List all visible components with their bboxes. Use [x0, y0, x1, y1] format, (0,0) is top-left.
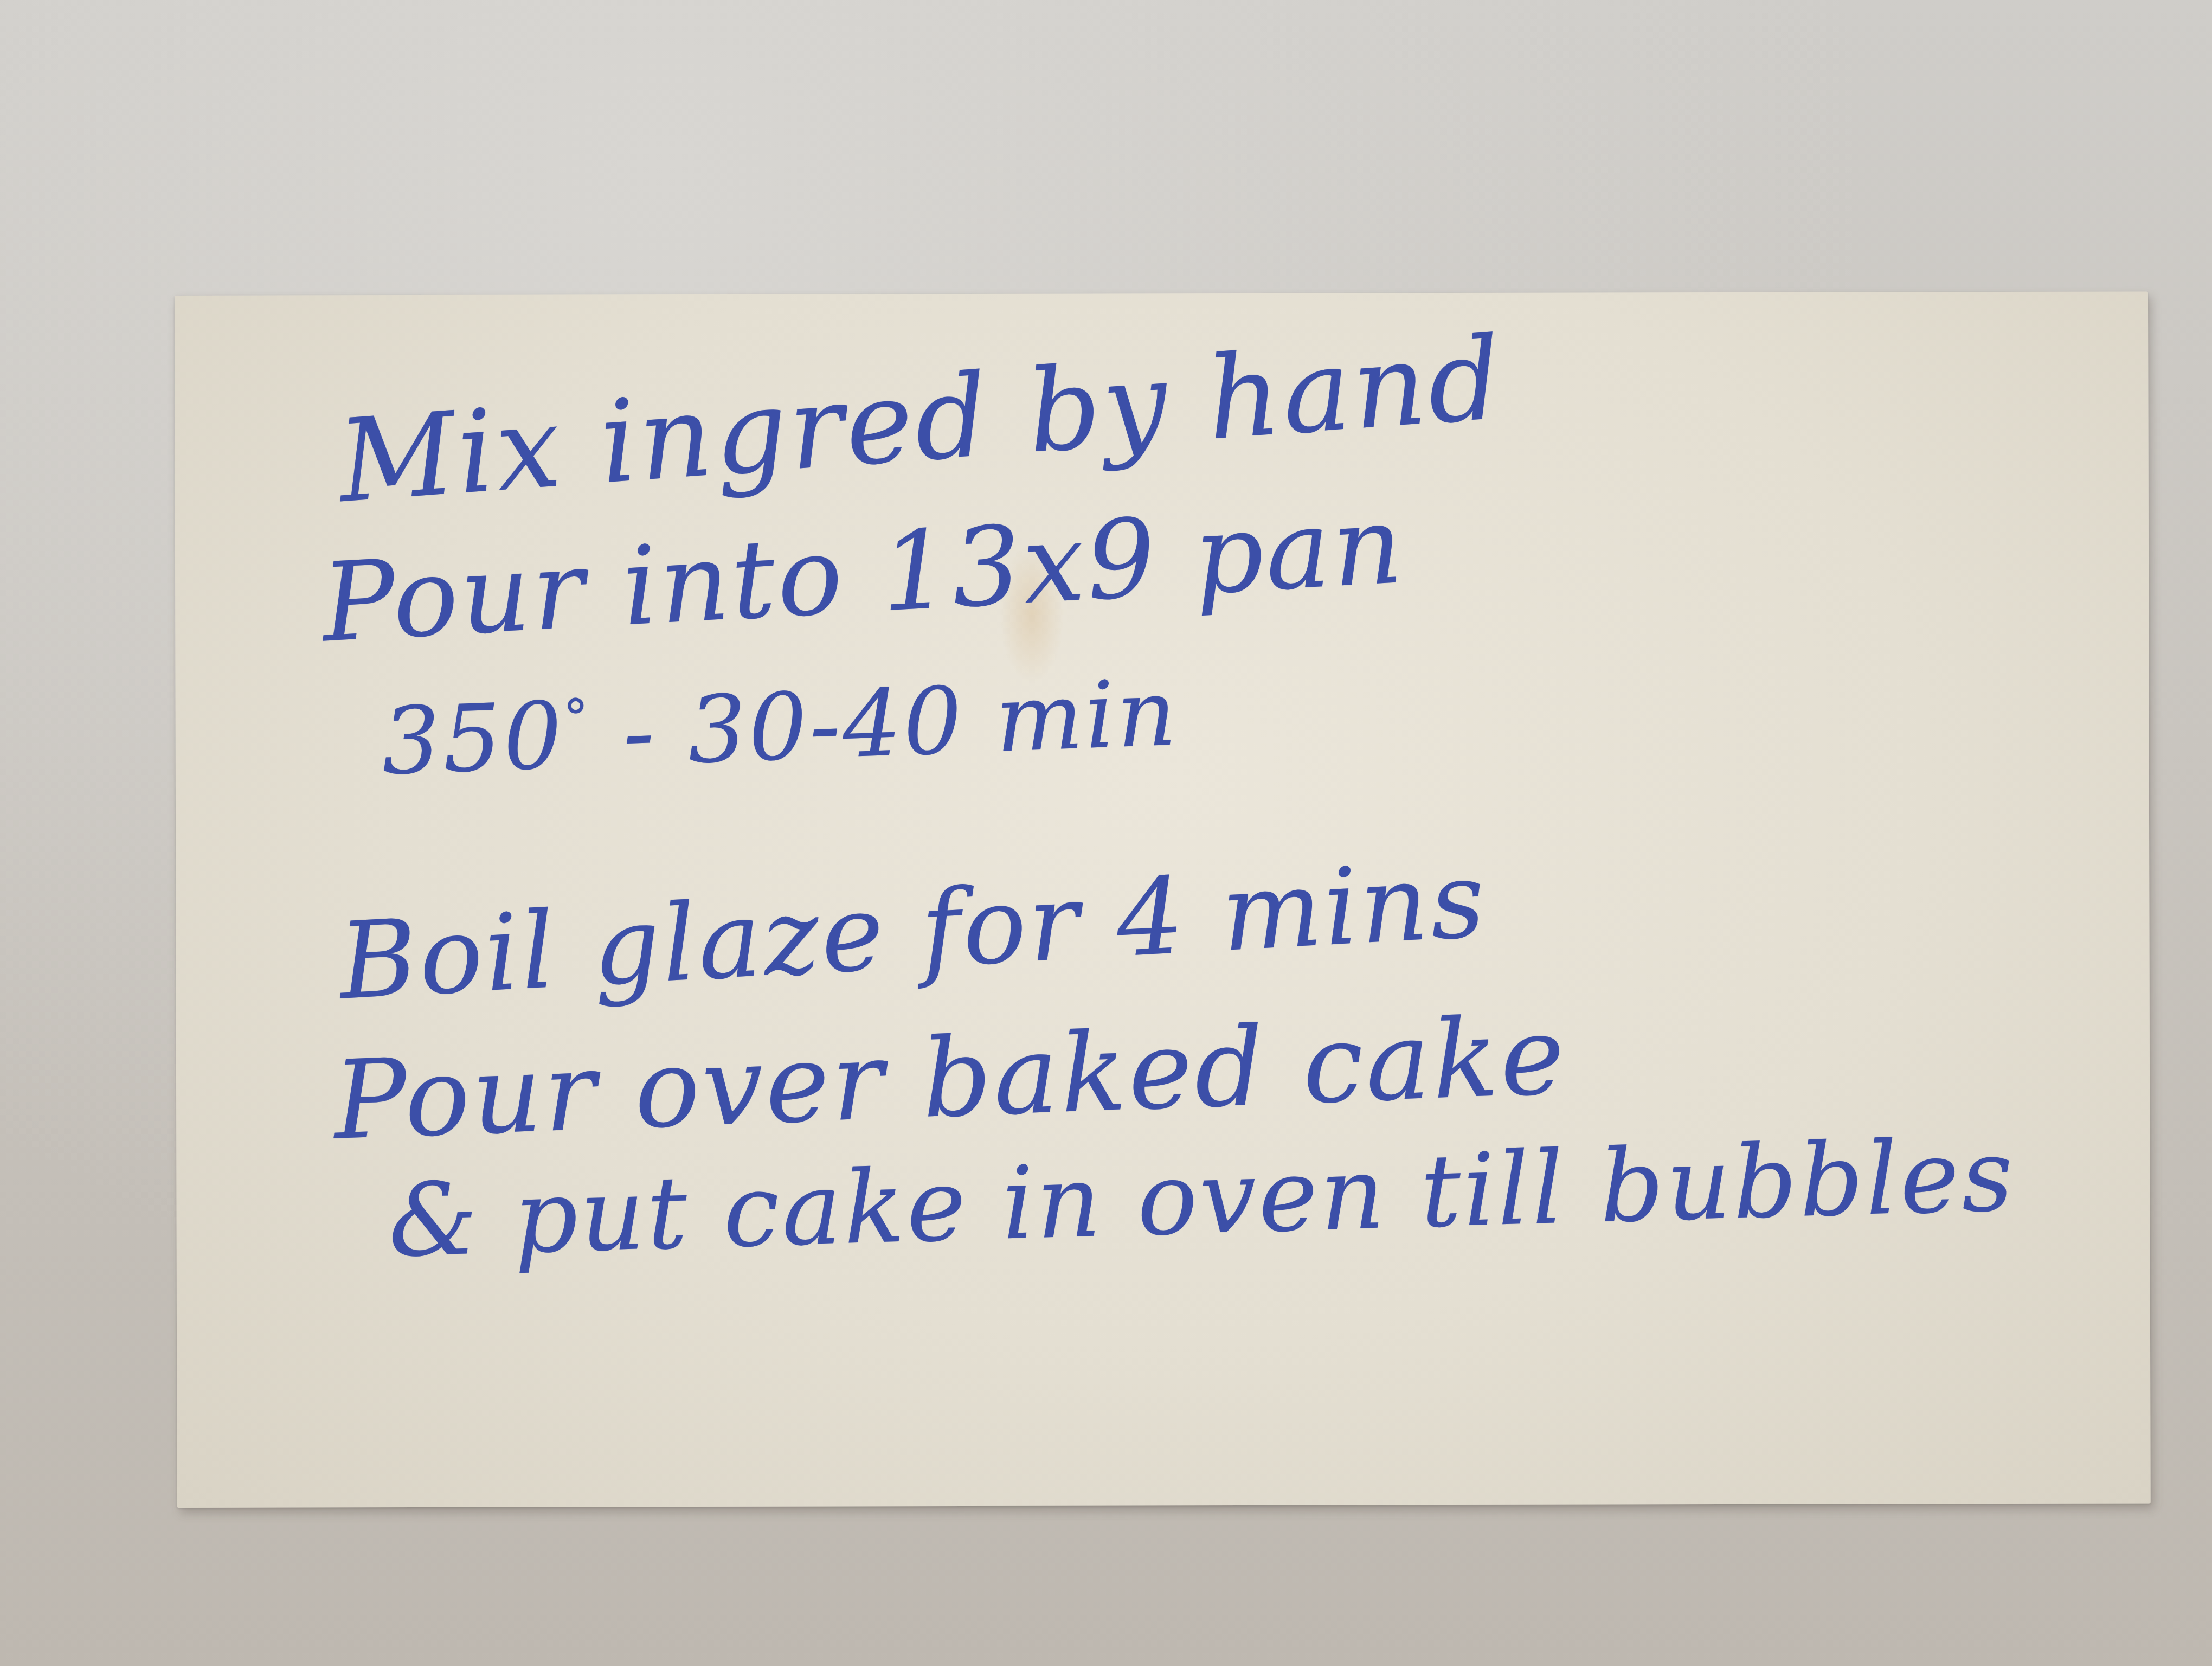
bake-time: - 30-40 min — [589, 659, 1180, 789]
bake-temperature: 350 — [380, 682, 567, 796]
recipe-line-boil-glaze: Boil glaze for 4 mins — [336, 838, 1490, 1023]
recipe-line-bake-settings: 350° - 30-40 min — [380, 659, 1180, 796]
degree-mark: ° — [562, 688, 592, 748]
recipe-card: Mix ingred by hand Pour into 13x9 pan 35… — [175, 291, 2151, 1508]
